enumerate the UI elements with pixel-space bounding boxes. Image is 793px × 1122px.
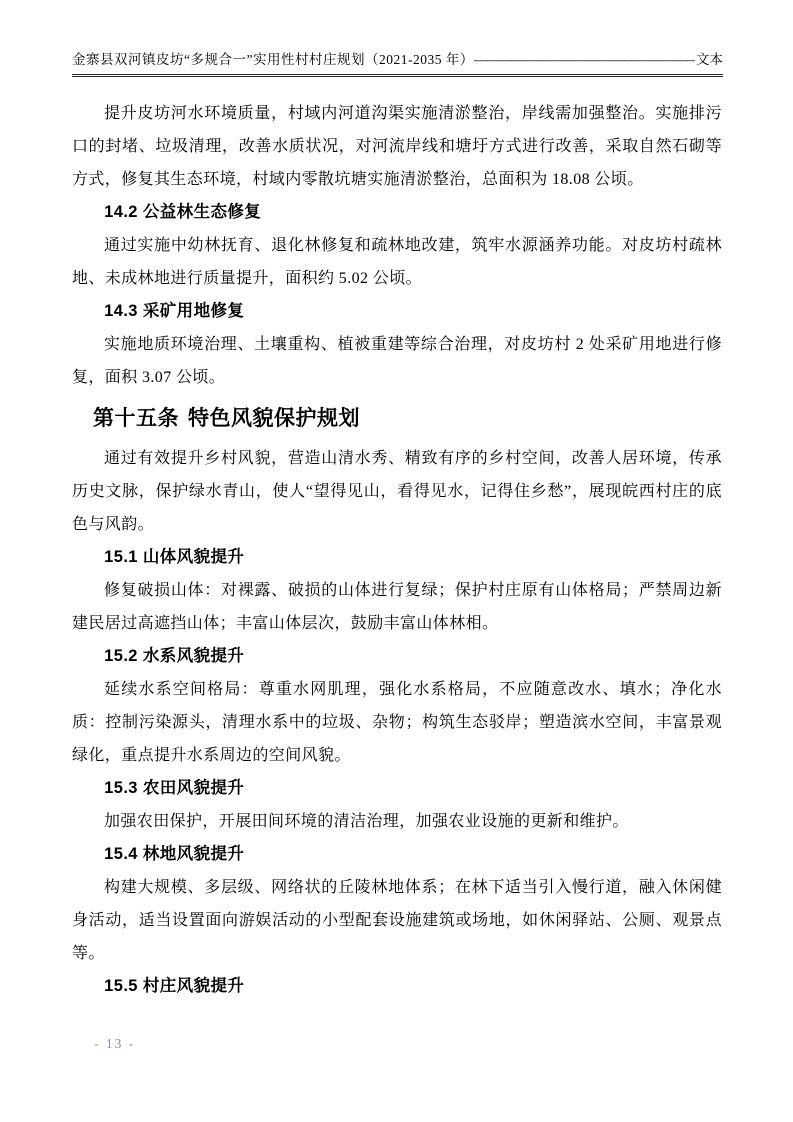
heading-15-4: 15.4 林地风貌提升 (72, 838, 722, 871)
paragraph-forest-restoration: 通过实施中幼林抚育、退化林修复和疏林地改建，筑牢水源涵养功能。对皮坊村疏林地、未… (72, 229, 722, 295)
chapter-number: 第十五条 (93, 407, 179, 430)
paragraph-water-improvement: 延续水系空间格局：尊重水网肌理，强化水系格局，不应随意改水、填水；净化水质：控制… (72, 673, 722, 772)
header-dash-line: ———————————————————————————— (474, 50, 695, 70)
header-title: 金寨县双河镇皮坊“多规合一”实用性村村庄规划（2021-2035 年） (72, 50, 474, 70)
paragraph-woodland-improvement: 构建大规模、多层级、网络状的丘陵林地体系；在林下适当引入慢行道，融入休闲健身活动… (72, 871, 722, 970)
page-number: - 13 - (94, 1036, 135, 1051)
heading-15-2: 15.2 水系风貌提升 (72, 640, 722, 673)
heading-15-3: 15.3 农田风貌提升 (72, 772, 722, 805)
heading-14-2: 14.2 公益林生态修复 (72, 196, 722, 229)
heading-14-3: 14.3 采矿用地修复 (72, 295, 722, 328)
header-doc-type-label: 文本 (695, 50, 723, 70)
heading-15-5: 15.5 村庄风貌提升 (72, 970, 722, 1003)
heading-15-1: 15.1 山体风貌提升 (72, 541, 722, 574)
chapter-heading-15: 第十五条特色风貌保护规划 (72, 400, 722, 437)
paragraph-mining-land-repair: 实施地质环境治理、土壤重构、植被重建等综合治理，对皮坊村 2 处采矿用地进行修复… (72, 328, 722, 394)
paragraph-mountain-improvement: 修复破损山体：对裸露、破损的山体进行复绿；保护村庄原有山体格局；严禁周边新建民居… (72, 574, 722, 640)
paragraph-chapter-15-intro: 通过有效提升乡村风貌，营造山清水秀、精致有序的乡村空间，改善人居环境，传承历史文… (72, 442, 722, 541)
paragraph-river-remediation: 提升皮坊河水环境质量，村域内河道沟渠实施清淤整治，岸线需加强整治。实施排污口的封… (72, 97, 722, 196)
document-body: 提升皮坊河水环境质量，村域内河道沟渠实施清淤整治，岸线需加强整治。实施排污口的封… (72, 97, 722, 1003)
page-header: 金寨县双河镇皮坊“多规合一”实用性村村庄规划（2021-2035 年） ————… (72, 50, 723, 77)
page-footer: - 13 - (94, 1036, 135, 1052)
document-page: 金寨县双河镇皮坊“多规合一”实用性村村庄规划（2021-2035 年） ————… (0, 0, 793, 1122)
chapter-title: 特色风貌保护规划 (188, 407, 360, 430)
paragraph-farmland-improvement: 加强农田保护，开展田间环境的清洁治理，加强农业设施的更新和维护。 (72, 805, 722, 838)
